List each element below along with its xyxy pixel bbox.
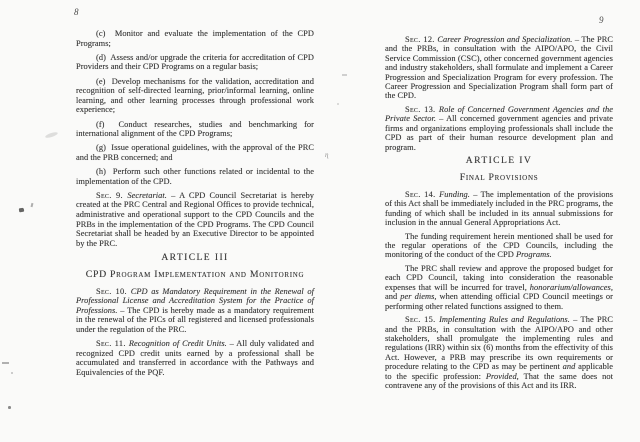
article-iv-subheading: Final Provisions [385, 173, 613, 183]
ink-tick-artifact [31, 203, 33, 207]
page-number-right: 9 [599, 15, 604, 25]
section-10-paragraph: Sec. 10. CPD as Mandatory Requirement in… [76, 287, 314, 335]
clause-d-paragraph: (d) Assess and/or upgrade the criteria f… [76, 53, 314, 72]
article-iii-heading: ARTICLE III [76, 253, 314, 263]
budget-review-paragraph: The PRC shall review and approve the pro… [385, 264, 613, 311]
section-11-paragraph: Sec. 11. Recognition of Credit Units. – … [76, 339, 314, 377]
article-iii-subheading: CPD Program Implementation and Monitorin… [76, 270, 314, 280]
clause-f-paragraph: (f) Conduct researches, studies and benc… [76, 120, 314, 139]
gutter-dot-artifact [337, 103, 339, 105]
clause-c-paragraph: (c) Monitor and evaluate the implementat… [76, 29, 314, 48]
edge-dot-artifact [8, 406, 11, 409]
edge-dot-artifact [11, 372, 13, 374]
section-12-paragraph: Sec. 12. Career Progression and Speciali… [385, 35, 613, 101]
page-left: (c) Monitor and evaluate the implementat… [76, 29, 314, 382]
clause-e-paragraph: (e) Develop mechanisms for the validatio… [76, 77, 314, 115]
section-14-paragraph: Sec. 14. Funding. – The implementation o… [385, 190, 613, 228]
gutter-mark-artifact: ɳ [325, 151, 329, 159]
pencil-smudge-artifact [45, 131, 59, 139]
page-right: Sec. 12. Career Progression and Speciali… [385, 35, 613, 395]
article-iv-heading: ARTICLE IV [385, 156, 613, 166]
clause-h-paragraph: (h) Perform such other functions related… [76, 167, 314, 186]
ink-blot-artifact [19, 208, 25, 213]
clause-g-paragraph: (g) Issue operational guidelines, with t… [76, 143, 314, 162]
section-9-paragraph: Sec. 9. Secretariat. – A CPD Council Sec… [76, 191, 314, 249]
scanned-document-spread: 8 9 (c) Monitor and evaluate the impleme… [0, 0, 640, 442]
edge-dash-artifact [2, 362, 9, 364]
section-15-paragraph: Sec. 15. Implementing Rules and Regulati… [385, 315, 613, 390]
gutter-dash-artifact [342, 74, 347, 76]
funding-requirement-paragraph: The funding requirement herein mentioned… [385, 232, 613, 260]
page-number-left: 8 [74, 7, 79, 17]
section-13-paragraph: Sec. 13. Role of Concerned Government Ag… [385, 105, 613, 152]
